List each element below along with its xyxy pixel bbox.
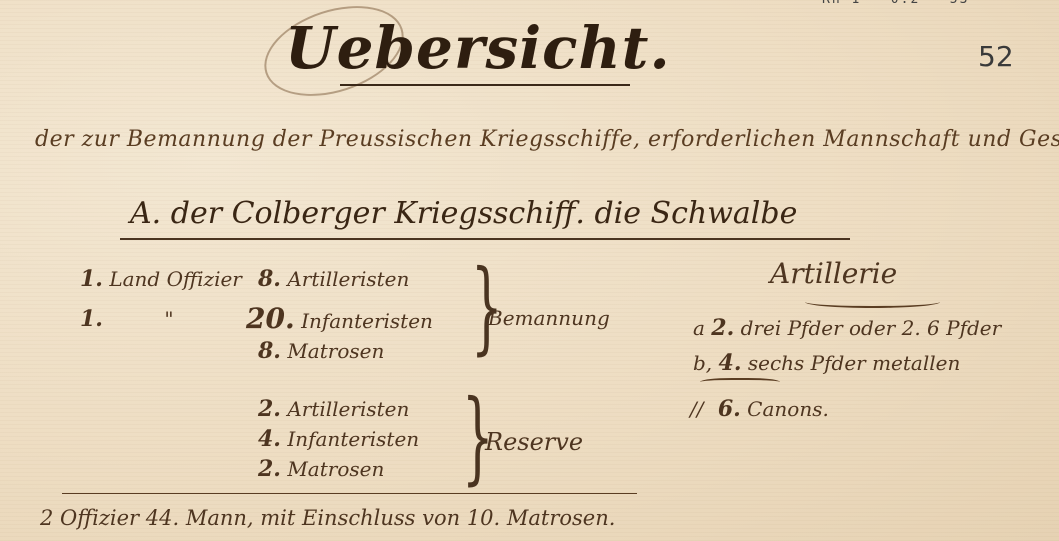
- crew-item: 8. Matrosen: [258, 338, 384, 364]
- officer-row: 1. ": [80, 306, 174, 332]
- artillery-count: 4.: [719, 350, 742, 376]
- reserve-label: Artilleristen: [287, 397, 409, 421]
- title-underline: [340, 84, 630, 86]
- artillery-count: 2.: [711, 315, 734, 341]
- reserve-item: 2. Artilleristen: [258, 396, 409, 422]
- section-heading: A. der Colberger Kriegsschiff. die Schwa…: [130, 196, 797, 231]
- folio-number: 52: [978, 40, 1014, 73]
- section-underline: [120, 238, 850, 240]
- artillery-mark: b,: [693, 351, 712, 375]
- crew-label: Matrosen: [287, 339, 384, 363]
- artillery-text: Canons.: [747, 397, 829, 421]
- artillery-item: // 6. Canons.: [690, 396, 829, 422]
- reserve-item: 2. Matrosen: [258, 456, 384, 482]
- archive-reference: Rh 1 · 0.2 · 53: [822, 0, 969, 7]
- ditto-mark: ": [164, 307, 173, 331]
- officer-count: 1.: [80, 306, 103, 332]
- artillery-item: b, 4. sechs Pfder metallen: [693, 350, 960, 376]
- crew-item: 8. Artilleristen: [258, 266, 409, 292]
- crew-count: 8.: [258, 338, 281, 364]
- artillery-mark: //: [690, 397, 703, 421]
- artillery-text: drei Pfder oder 2. 6 Pfder: [741, 316, 1002, 340]
- reserve-count: 4.: [258, 426, 281, 452]
- crew-count: 20.: [246, 302, 295, 335]
- officer-label: Land Offizier: [109, 267, 242, 291]
- artillery-heading: Artillerie: [770, 257, 897, 290]
- artillery-squiggle: [700, 378, 780, 388]
- crew-count: 8.: [258, 266, 281, 292]
- officer-count: 1.: [80, 266, 103, 292]
- crew-bracket-label: Bemannung: [488, 306, 610, 330]
- artillery-mark: a: [693, 316, 705, 340]
- reserve-bracket-label: Reserve: [485, 428, 583, 456]
- artillery-count: 6.: [718, 396, 741, 422]
- reserve-item: 4. Infanteristen: [258, 426, 419, 452]
- artillery-item: a 2. drei Pfder oder 2. 6 Pfder: [693, 315, 1001, 341]
- reserve-count: 2.: [258, 396, 281, 422]
- crew-item: 20. Infanteristen: [246, 302, 433, 335]
- officer-row: 1. Land Offizier: [80, 266, 242, 292]
- reserve-label: Matrosen: [287, 457, 384, 481]
- reserve-count: 2.: [258, 456, 281, 482]
- artillery-underline: [805, 296, 940, 308]
- page-title: Uebersicht.: [285, 14, 671, 82]
- total-summary: 2 Offizier 44. Mann, mit Einschluss von …: [40, 506, 615, 530]
- reserve-label: Infanteristen: [287, 427, 419, 451]
- total-separator: [62, 493, 637, 494]
- artillery-text: sechs Pfder metallen: [748, 351, 961, 375]
- document-subtitle: der zur Bemannung der Preussischen Krieg…: [35, 127, 1059, 152]
- crew-label: Infanteristen: [301, 309, 433, 333]
- crew-label: Artilleristen: [287, 267, 409, 291]
